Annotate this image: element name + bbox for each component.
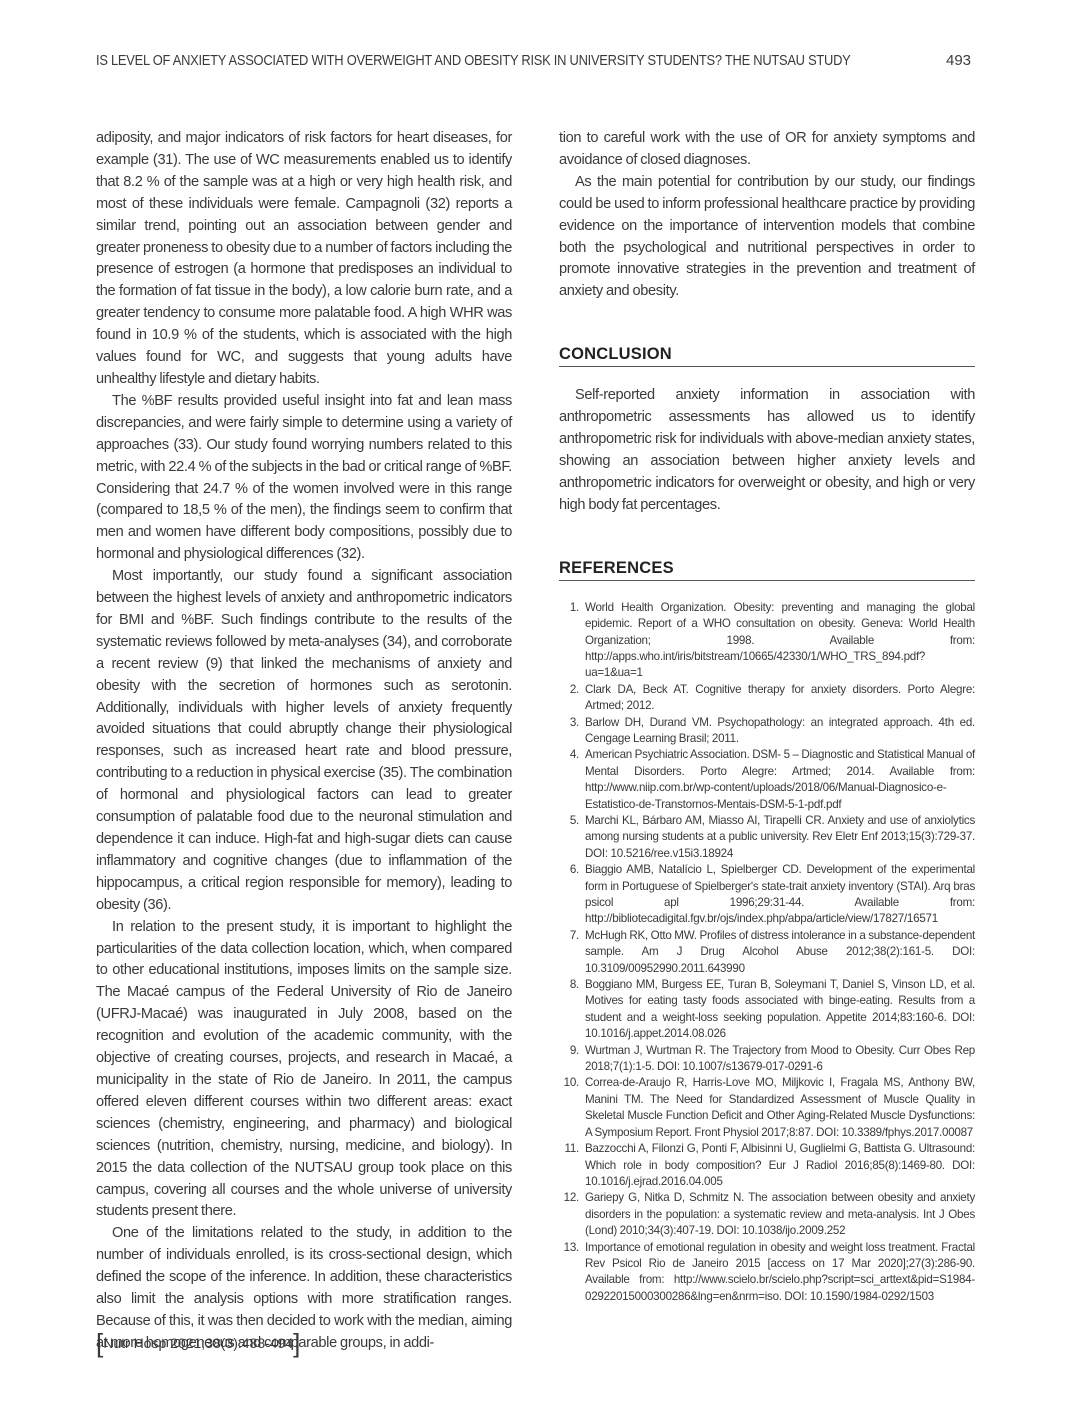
reference-item: 1.World Health Organization. Obesity: pr… <box>559 600 975 682</box>
reference-item: 5.Marchi KL, Bárbaro AM, Miasso AI, Tira… <box>559 813 975 862</box>
reference-item: 11.Bazzocchi A, Filonzi G, Ponti F, Albi… <box>559 1141 975 1190</box>
bracket-close: ] <box>293 1328 300 1358</box>
reference-text: Importance of emotional regulation in ob… <box>585 1240 975 1306</box>
right-column: tion to careful work with the use of OR … <box>559 128 975 1305</box>
reference-number: 4. <box>559 747 579 763</box>
reference-item: 6.Biaggio AMB, Natalício L, Spielberger … <box>559 862 975 928</box>
conclusion-heading: CONCLUSION <box>559 345 975 367</box>
references-list: 1.World Health Organization. Obesity: pr… <box>559 600 975 1305</box>
body-paragraph: As the main potential for contribution b… <box>559 172 975 303</box>
references-heading: REFERENCES <box>559 559 975 581</box>
body-paragraph: The %BF results provided useful insight … <box>96 391 512 566</box>
page-number: 493 <box>946 52 971 69</box>
body-paragraph: tion to careful work with the use of OR … <box>559 128 975 172</box>
citation-text: Nutr Hosp 2021;38(3):488-494 <box>103 1335 293 1351</box>
reference-text: Marchi KL, Bárbaro AM, Miasso AI, Tirape… <box>585 813 975 862</box>
reference-text: Bazzocchi A, Filonzi G, Ponti F, Albisin… <box>585 1141 975 1190</box>
reference-number: 10. <box>559 1075 579 1091</box>
reference-text: Wurtman J, Wurtman R. The Trajectory fro… <box>585 1043 975 1076</box>
reference-item: 9.Wurtman J, Wurtman R. The Trajectory f… <box>559 1043 975 1076</box>
reference-text: American Psychiatric Association. DSM- 5… <box>585 747 975 813</box>
reference-item: 13.Importance of emotional regulation in… <box>559 1240 975 1306</box>
reference-text: Boggiano MM, Burgess EE, Turan B, Soleym… <box>585 977 975 1043</box>
reference-text: Correa-de-Araujo R, Harris-Love MO, Milj… <box>585 1075 975 1141</box>
running-title: IS LEVEL OF ANXIETY ASSOCIATED WITH OVER… <box>96 52 849 69</box>
conclusion-paragraph: Self-reported anxiety information in ass… <box>559 385 975 516</box>
body-paragraph: adiposity, and major indicators of risk … <box>96 128 512 391</box>
left-column: adiposity, and major indicators of risk … <box>96 128 512 1355</box>
reference-number: 11. <box>559 1141 579 1157</box>
reference-item: 7.McHugh RK, Otto MW. Profiles of distre… <box>559 928 975 977</box>
reference-text: Barlow DH, Durand VM. Psychopathology: a… <box>585 715 975 748</box>
reference-item: 12.Gariepy G, Nitka D, Schmitz N. The as… <box>559 1190 975 1239</box>
reference-item: 3.Barlow DH, Durand VM. Psychopathology:… <box>559 715 975 748</box>
reference-text: World Health Organization. Obesity: prev… <box>585 600 975 682</box>
reference-number: 13. <box>559 1240 579 1256</box>
reference-number: 7. <box>559 928 579 944</box>
reference-item: 10.Correa-de-Araujo R, Harris-Love MO, M… <box>559 1075 975 1141</box>
reference-text: Gariepy G, Nitka D, Schmitz N. The assoc… <box>585 1190 975 1239</box>
reference-number: 1. <box>559 600 579 616</box>
reference-number: 6. <box>559 862 579 878</box>
reference-number: 9. <box>559 1043 579 1059</box>
reference-text: Biaggio AMB, Natalício L, Spielberger CD… <box>585 862 975 928</box>
reference-number: 3. <box>559 715 579 731</box>
body-paragraph: Most importantly, our study found a sign… <box>96 566 512 917</box>
reference-number: 12. <box>559 1190 579 1206</box>
reference-text: Clark DA, Beck AT. Cognitive therapy for… <box>585 682 975 715</box>
reference-item: 8.Boggiano MM, Burgess EE, Turan B, Sole… <box>559 977 975 1043</box>
reference-text: McHugh RK, Otto MW. Profiles of distress… <box>585 928 975 977</box>
reference-number: 2. <box>559 682 579 698</box>
reference-number: 5. <box>559 813 579 829</box>
reference-item: 2.Clark DA, Beck AT. Cognitive therapy f… <box>559 682 975 715</box>
body-paragraph: In relation to the present study, it is … <box>96 917 512 1224</box>
journal-citation-footer: [Nutr Hosp 2021;38(3):488-494] <box>96 1328 300 1359</box>
reference-number: 8. <box>559 977 579 993</box>
reference-item: 4.American Psychiatric Association. DSM-… <box>559 747 975 813</box>
